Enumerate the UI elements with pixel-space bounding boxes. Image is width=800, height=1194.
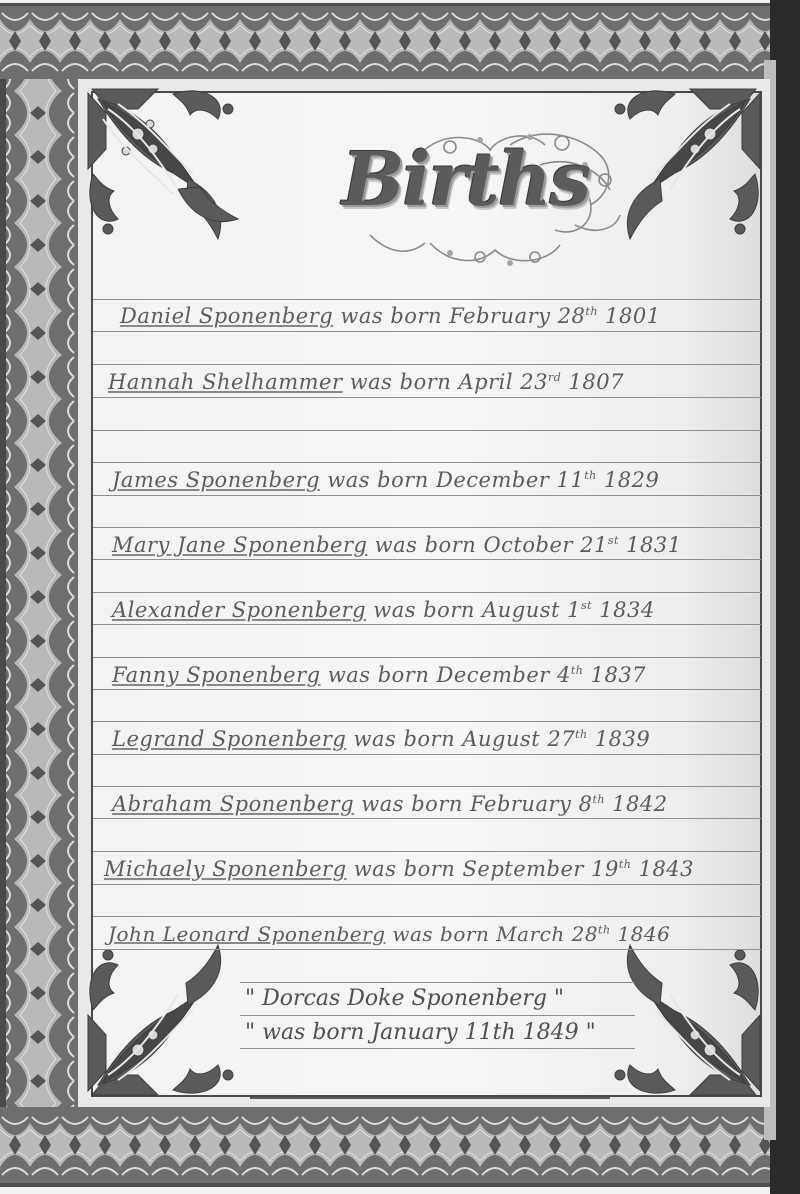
final-entry-line-1: " Dorcas Doke Sponenberg " — [245, 986, 564, 1011]
birth-entry: Legrand Sponenberg was born August 27th … — [112, 727, 650, 751]
left-ornamental-border — [0, 3, 78, 1187]
top-ornamental-border — [0, 3, 780, 79]
entry-verb: was born — [354, 727, 456, 751]
ruled-line — [240, 1048, 635, 1049]
ruled-line — [240, 982, 635, 983]
entry-month: March — [496, 922, 565, 946]
entry-name: John Leonard Sponenberg — [108, 922, 386, 946]
page-title: Births — [342, 137, 589, 223]
entry-year: 1801 — [605, 304, 660, 328]
entry-verb: was born — [361, 792, 463, 816]
entry-name: Legrand Sponenberg — [112, 727, 346, 751]
entry-year: 1843 — [639, 857, 694, 881]
birth-entry: Hannah Shelhammer was born April 23rd 18… — [108, 370, 624, 394]
entry-day: 4 — [557, 663, 571, 687]
ruled-line — [93, 559, 761, 560]
entry-ordinal: st — [581, 599, 592, 612]
entry-month: April — [458, 370, 513, 394]
birth-entry: Daniel Sponenberg was born February 28th… — [120, 304, 661, 328]
ruled-line — [93, 689, 761, 690]
entry-day: 8 — [579, 792, 593, 816]
birth-entry: Abraham Sponenberg was born February 8th… — [112, 792, 668, 816]
ruled-line — [93, 657, 761, 658]
entry-ordinal: th — [571, 664, 584, 677]
ruled-line — [93, 786, 761, 787]
page-title-block: Births — [330, 125, 640, 275]
birth-entry: Alexander Sponenberg was born August 1st… — [112, 598, 655, 622]
entry-month: September — [463, 857, 584, 881]
entry-name: James Sponenberg — [112, 468, 320, 492]
entry-day: 23 — [520, 370, 548, 394]
entry-ordinal: th — [575, 728, 588, 741]
bottom-ornamental-border — [0, 1107, 780, 1187]
corner-ornament-icon — [78, 79, 248, 259]
entry-name: Alexander Sponenberg — [112, 598, 366, 622]
entry-name: Abraham Sponenberg — [112, 792, 354, 816]
entry-verb: was born — [328, 663, 430, 687]
ruled-line — [93, 592, 761, 593]
ruled-line — [93, 527, 761, 528]
entry-month: December — [436, 468, 549, 492]
entry-day: 21 — [580, 533, 608, 557]
entry-ordinal: th — [585, 305, 598, 318]
entry-name: Daniel Sponenberg — [120, 304, 333, 328]
entry-year: 1846 — [617, 922, 670, 946]
entry-verb: was born — [350, 370, 452, 394]
entry-day: 19 — [591, 857, 619, 881]
birth-entry: John Leonard Sponenberg was born March 2… — [108, 922, 670, 946]
entry-verb: was born — [373, 598, 475, 622]
ruled-line — [93, 299, 761, 300]
entry-year: 1839 — [595, 727, 650, 751]
entry-day: 28 — [572, 922, 598, 946]
ruled-line — [93, 495, 761, 496]
entry-verb: was born — [327, 468, 429, 492]
entry-year: 1837 — [591, 663, 646, 687]
final-entry-line-2: " was born January 11th 1849 " — [245, 1020, 596, 1045]
entry-name: Hannah Shelhammer — [108, 370, 343, 394]
ruled-line — [93, 331, 761, 332]
entry-year: 1842 — [612, 792, 667, 816]
entry-day: 27 — [547, 727, 575, 751]
ruled-line — [93, 916, 761, 917]
entry-month: February — [470, 792, 571, 816]
entry-month: August — [482, 598, 560, 622]
ruled-line — [93, 624, 761, 625]
ruled-line — [240, 1015, 635, 1016]
entry-ordinal: st — [608, 534, 619, 547]
ruled-line — [93, 754, 761, 755]
entry-year: 1829 — [604, 468, 659, 492]
entry-month: December — [437, 663, 550, 687]
entry-verb: was born — [340, 304, 442, 328]
entry-name: Michaely Sponenberg — [104, 857, 347, 881]
entry-name: Mary Jane Sponenberg — [112, 533, 367, 557]
entry-year: 1807 — [569, 370, 624, 394]
ruled-line — [93, 721, 761, 722]
entry-ordinal: rd — [548, 371, 561, 384]
ruled-line — [93, 430, 761, 431]
entry-month: February — [449, 304, 550, 328]
birth-entry: Mary Jane Sponenberg was born October 21… — [112, 533, 682, 557]
entry-ordinal: th — [619, 858, 632, 871]
ruled-line — [93, 462, 761, 463]
ruled-line — [93, 364, 761, 365]
entry-verb: was born — [354, 857, 456, 881]
entry-year: 1831 — [626, 533, 681, 557]
entry-day: 28 — [558, 304, 586, 328]
entry-verb: was born — [392, 922, 489, 946]
corner-ornament-icon — [78, 925, 248, 1105]
entry-day: 1 — [567, 598, 581, 622]
entry-month: August — [462, 727, 540, 751]
birth-entry: James Sponenberg was born December 11th … — [112, 468, 659, 492]
entry-ordinal: th — [592, 793, 605, 806]
entry-month: October — [483, 533, 572, 557]
entry-year: 1834 — [599, 598, 654, 622]
ruled-line — [93, 851, 761, 852]
entry-ordinal: th — [598, 923, 611, 936]
entry-name: Fanny Sponenberg — [112, 663, 321, 687]
ruled-line — [93, 949, 761, 950]
entry-ordinal: th — [584, 469, 597, 482]
entry-verb: was born — [375, 533, 477, 557]
ruled-line — [93, 884, 761, 885]
frame-bottom-line — [250, 1097, 610, 1099]
register-page: Births Daniel Sponenberg was born Februa… — [0, 0, 800, 1194]
birth-entry: Michaely Sponenberg was born September 1… — [104, 857, 694, 881]
birth-entry: Fanny Sponenberg was born December 4th 1… — [112, 663, 646, 687]
ruled-line — [93, 818, 761, 819]
entry-day: 11 — [557, 468, 585, 492]
ruled-line — [93, 397, 761, 398]
